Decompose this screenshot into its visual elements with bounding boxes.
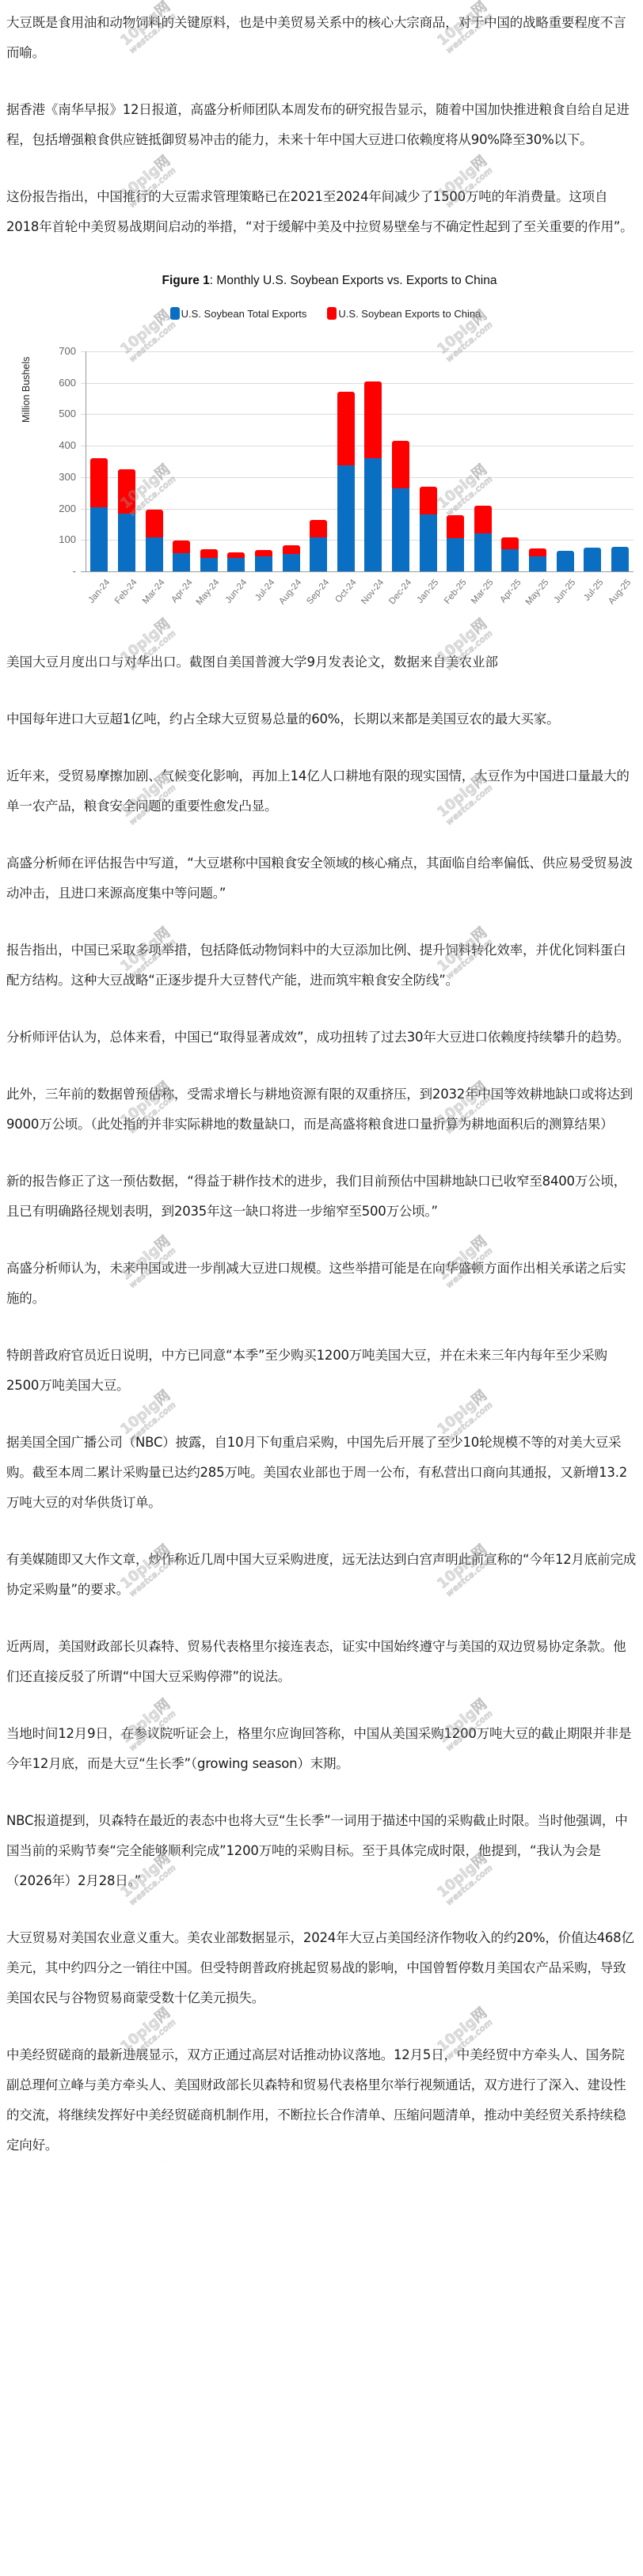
article-paragraph: 近年来，受贸易摩擦加剧、气候变化影响，再加上14亿人口耕地有限的现实国情，大豆作… — [6, 761, 637, 821]
y-tick-label: 500 — [44, 408, 76, 419]
y-tick-label: - — [44, 565, 76, 577]
y-tick-label: 400 — [44, 439, 76, 451]
bar-segment-total — [227, 558, 245, 571]
article-paragraph: 此外，三年前的数据曾预估称，受需求增长与耕地资源有限的双重挤压，到2032年中国… — [6, 1079, 637, 1140]
x-tick-label: Jul-24 — [253, 578, 276, 603]
x-tick-label: Mar-24 — [141, 578, 167, 606]
x-tick-label: Sep-24 — [305, 578, 331, 606]
x-tick-label: Jan-25 — [416, 578, 441, 605]
bar-segment-total — [118, 514, 135, 571]
bar-nov-24 — [364, 381, 382, 571]
x-tick-label: Jan-24 — [87, 578, 112, 605]
bar-segment-total — [584, 548, 601, 571]
bar-feb-25 — [447, 515, 464, 571]
bar-segment-total — [255, 556, 272, 571]
bar-segment-china — [227, 552, 245, 558]
y-tick-label: 100 — [44, 533, 76, 545]
x-tick-label: May-24 — [195, 578, 222, 607]
bar-sep-24 — [310, 520, 327, 571]
bar-segment-total — [200, 558, 218, 571]
x-tick-label: Feb-25 — [443, 578, 469, 606]
gridline — [81, 383, 633, 384]
article-paragraph: 大豆贸易对美国农业意义重大。美农业部数据显示，2024年大豆占美国经济作物收入的… — [6, 1923, 637, 2013]
bar-jan-25 — [420, 487, 437, 571]
bar-segment-total — [611, 547, 629, 571]
gridline — [81, 540, 633, 541]
bar-segment-china — [501, 537, 519, 549]
article-paragraph: 当地时间12月9日，在参议院听证会上，格里尔应询回答称，中国从美国采购1200万… — [6, 1719, 637, 1779]
bar-segment-china — [173, 541, 190, 553]
x-tick-label: Oct-24 — [334, 578, 359, 605]
x-axis-line — [81, 571, 633, 572]
x-tick-label: Jun-25 — [553, 578, 578, 605]
bar-oct-24 — [337, 392, 355, 571]
x-tick-label: Jul-25 — [582, 578, 605, 603]
article-paragraph: 中美经贸磋商的最新进展显示，双方正通过高层对话推动协议落地。12月5日，中美经贸… — [6, 2040, 637, 2161]
chart-legend: U.S. Soybean Total ExportsU.S. Soybean E… — [6, 307, 637, 320]
figure-title: Figure 1: Monthly U.S. Soybean Exports v… — [6, 274, 637, 288]
article-paragraph: 这份报告指出，中国推行的大豆需求管理策略已在2021至2024年间减少了1500… — [6, 182, 637, 242]
bar-segment-china — [283, 545, 300, 554]
bar-aug-25 — [611, 547, 629, 571]
article-body: 大豆既是食用油和动物饲料的关键原料，也是中美贸易关系中的核心大宗商品，对于中国的… — [0, 8, 643, 2161]
y-tick-label: 200 — [44, 503, 76, 514]
bar-segment-china — [200, 549, 218, 558]
bar-segment-total — [392, 488, 409, 571]
bar-mar-25 — [474, 506, 492, 571]
article-paragraph: 据香港《南华早报》12日报道，高盛分析师团队本周发布的研究报告显示，随着中国加快… — [6, 95, 637, 155]
bar-segment-total — [474, 533, 492, 571]
article-paragraph: 高盛分析师认为，未来中国或进一步削减大豆进口规模。这些举措可能是在向华盛顿方面作… — [6, 1254, 637, 1314]
figure-caption: 美国大豆月度出口与对华出口。截图自美国普渡大学9月发表论文，数据来自美农业部 — [6, 647, 637, 677]
legend-item: U.S. Soybean Exports to China — [327, 307, 481, 320]
article-paragraph: 新的报告修正了这一预估数据，“得益于耕作技术的进步，我们目前预估中国耕地缺口已收… — [6, 1167, 637, 1227]
legend-item: U.S. Soybean Total Exports — [170, 307, 307, 320]
article-paragraph: 分析师评估认为，总体来看，中国已“取得显著成效”，成功扭转了过去30年大豆进口依… — [6, 1022, 637, 1053]
article-paragraph: 有美媒随即又大作文章，炒作称近几周中国大豆采购进度，远无法达到白宫声明此前宣称的… — [6, 1545, 637, 1605]
gridline — [81, 477, 633, 478]
x-tick-label: May-25 — [523, 578, 550, 607]
article-bottom-paragraphs: 中国每年进口大豆超1亿吨，约占全球大豆贸易总量的60%，长期以来都是美国豆农的最… — [6, 704, 637, 2161]
article-paragraph: 近两周，美国财政部长贝森特、贸易代表格里尔接连表态，证实中国始终遵守与美国的双边… — [6, 1632, 637, 1692]
bar-segment-total — [173, 553, 190, 571]
bar-segment-china — [118, 469, 135, 514]
gridline — [81, 446, 633, 446]
bar-segment-total — [364, 458, 382, 571]
x-tick-label: Dec-24 — [387, 578, 413, 606]
bar-segment-china — [529, 548, 546, 556]
bar-segment-total — [146, 537, 163, 571]
gridline — [81, 509, 633, 510]
bar-segment-total — [557, 551, 574, 571]
bar-segment-total — [283, 554, 300, 571]
y-axis-line — [86, 351, 86, 571]
bar-jul-25 — [584, 548, 601, 571]
x-tick-label: Nov-24 — [360, 578, 386, 606]
bar-segment-china — [337, 392, 355, 465]
y-tick-label: 600 — [44, 377, 76, 389]
bar-segment-china — [364, 381, 382, 458]
y-tick-label: 300 — [44, 471, 76, 483]
bar-aug-24 — [283, 545, 300, 571]
article-paragraph: 报告指出，中国已采取多项举措，包括降低动物饲料中的大豆添加比例、提升饲料转化效率… — [6, 935, 637, 996]
gridline — [81, 414, 633, 415]
bar-may-25 — [529, 548, 546, 571]
bar-segment-china — [420, 487, 437, 514]
x-tick-label: Apr-24 — [169, 578, 194, 605]
bar-mar-24 — [146, 510, 163, 571]
legend-swatch-icon — [327, 307, 337, 320]
article-top-paragraphs: 大豆既是食用油和动物饲料的关键原料，也是中美贸易关系中的核心大宗商品，对于中国的… — [6, 8, 637, 242]
bar-segment-china — [310, 520, 327, 538]
bar-jun-25 — [557, 551, 574, 571]
bar-apr-24 — [173, 541, 190, 571]
article-paragraph: 大豆既是食用油和动物饲料的关键原料，也是中美贸易关系中的核心大宗商品，对于中国的… — [6, 8, 637, 68]
bar-dec-24 — [392, 441, 409, 571]
bar-segment-total — [501, 549, 519, 571]
bar-jan-24 — [90, 458, 108, 571]
x-tick-label: Mar-25 — [470, 578, 496, 606]
legend-swatch-icon — [170, 307, 180, 320]
bar-segment-china — [90, 458, 108, 507]
stacked-bar-chart: Million Bushels -100200300400500600700Ja… — [6, 343, 643, 605]
article-paragraph: 中国每年进口大豆超1亿吨，约占全球大豆贸易总量的60%，长期以来都是美国豆农的最… — [6, 704, 637, 734]
article-paragraph: 特朗普政府官员近日说明，中方已同意“本季”至少购买1200万吨美国大豆，并在未来… — [6, 1341, 637, 1401]
bar-jun-24 — [227, 552, 245, 571]
gridline — [81, 351, 633, 352]
bar-feb-24 — [118, 469, 135, 571]
bar-segment-total — [529, 556, 546, 571]
x-tick-label: Aug-25 — [607, 578, 633, 606]
article-paragraph: 据美国全国广播公司（NBC）披露，自10月下旬重启采购，中国先后开展了至少10轮… — [6, 1428, 637, 1518]
bar-apr-25 — [501, 537, 519, 571]
figure-soybean-exports: Figure 1: Monthly U.S. Soybean Exports v… — [6, 274, 637, 606]
bar-jul-24 — [255, 550, 272, 571]
legend-label: U.S. Soybean Exports to China — [338, 308, 481, 320]
bar-segment-china — [392, 441, 409, 488]
x-tick-label: Aug-24 — [278, 578, 304, 606]
bar-segment-china — [146, 510, 163, 537]
bar-segment-total — [337, 465, 355, 571]
x-tick-label: Feb-24 — [113, 578, 139, 606]
y-axis-label: Million Bushels — [21, 357, 32, 423]
x-tick-label: Jun-24 — [224, 578, 249, 605]
x-tick-label: Apr-25 — [498, 578, 523, 605]
article-paragraph: 高盛分析师在评估报告中写道，“大豆堪称中国粮食安全领域的核心痛点，其面临自给率偏… — [6, 848, 637, 909]
bar-segment-total — [90, 507, 108, 571]
bar-segment-total — [420, 514, 437, 571]
y-tick-label: 700 — [44, 345, 76, 357]
bar-segment-total — [447, 538, 464, 571]
bar-segment-china — [255, 550, 272, 556]
article-paragraph: NBC报道提到，贝森特在最近的表态中也将大豆“生长季”一词用于描述中国的采购截止… — [6, 1806, 637, 1896]
bar-segment-china — [447, 515, 464, 538]
bar-may-24 — [200, 549, 218, 571]
bar-segment-total — [310, 537, 327, 571]
bar-segment-china — [474, 506, 492, 534]
legend-label: U.S. Soybean Total Exports — [181, 308, 307, 320]
